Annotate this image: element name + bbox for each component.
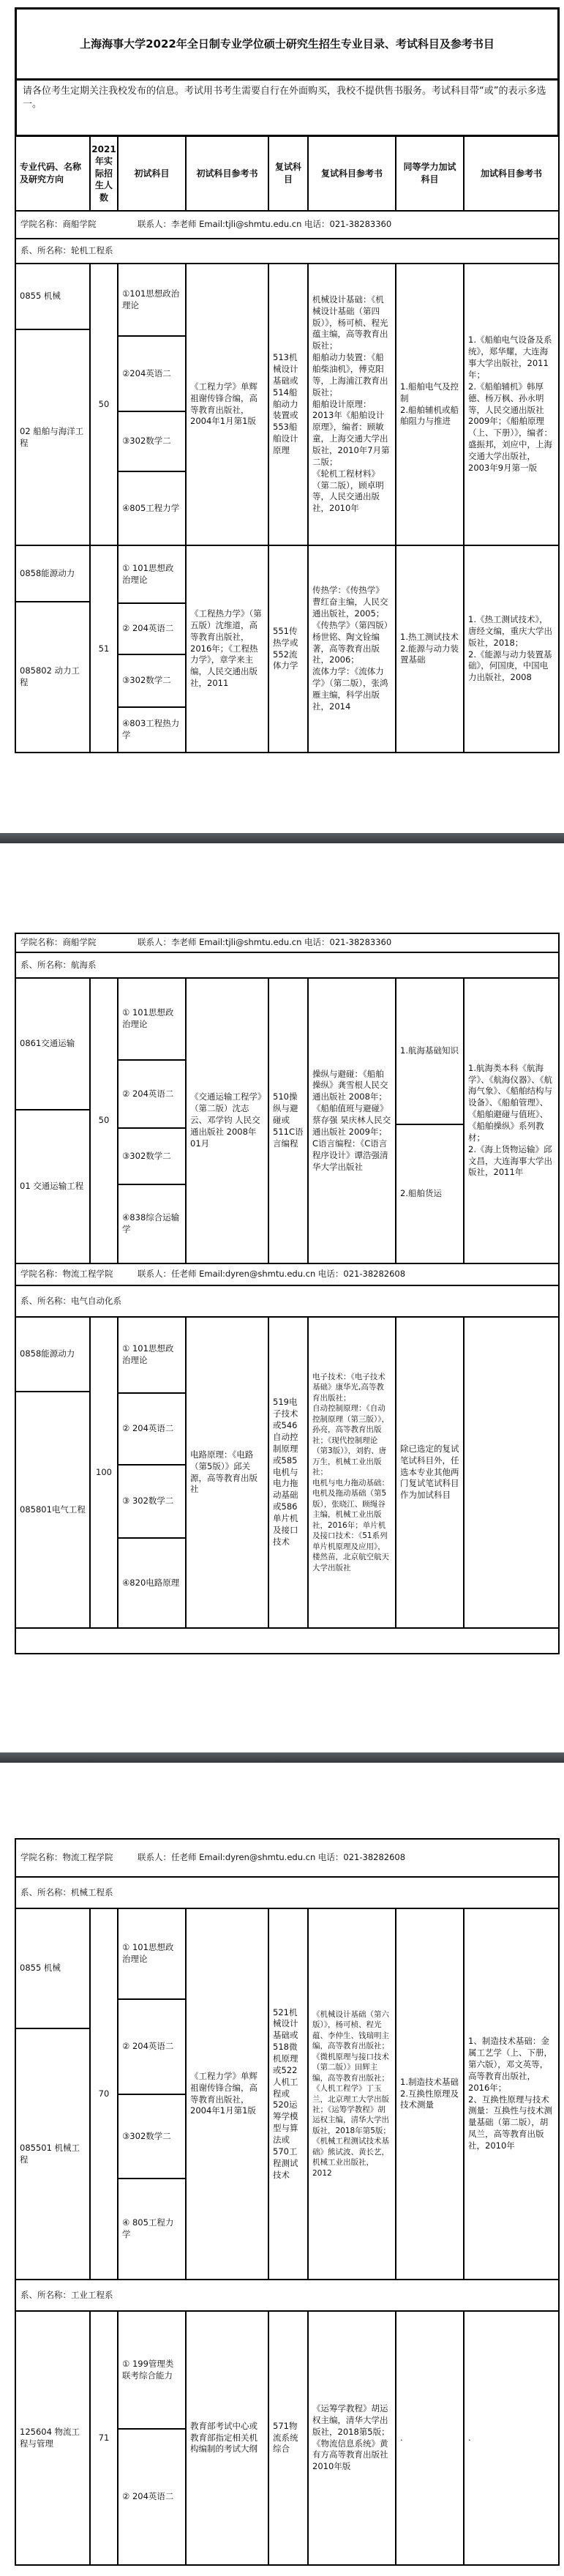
- initial-subject-cell: ② 204英语二: [119, 602, 185, 654]
- table-row: 0858能源动力 085802 动力工程 51 ① 101思想政治理论 ② 20…: [16, 545, 558, 752]
- college-name: 学院名称：物流工程学院: [20, 1852, 138, 1864]
- college-name: 学院名称：商船学院: [20, 219, 138, 231]
- major-code-cell: 0858能源动力: [16, 546, 89, 601]
- college-contact: 联系人：李老师 Email:tjli@shmtu.edu.cn 电话：021-3…: [138, 219, 391, 231]
- initial-subject-cell: ① 101思想政治理论: [119, 979, 185, 1059]
- initial-subject-cell: ③ 302数学二: [119, 1464, 185, 1537]
- makeup-subject-cell: .: [395, 2312, 463, 2564]
- initial-subject-cell: ④ 805工程力学: [119, 2178, 185, 2279]
- research-direction-cell: 02 船舶与海洋工程: [16, 329, 89, 545]
- major-code-cell: 0861交通运输: [16, 979, 89, 1109]
- makeup-subject-cell: 1.制造技术基础 2.互换性原理及技术测量: [395, 1909, 463, 2279]
- empty-row: [16, 1627, 558, 1653]
- makeup-ref-cell: [463, 1318, 558, 1627]
- document-title: 上海海事大学2022年全日制专业学位硕士研究生招生专业目录、考试科目及参考书目: [15, 7, 560, 81]
- college-row: 学院名称：物流工程学院 联系人：任老师 Email:dyren@shmtu.ed…: [16, 1263, 558, 1285]
- initial-ref-cell: 《交通运输工程学》（第二版）沈志云、邓学钧 人民交通出版社 2008年01月: [185, 979, 268, 1263]
- retest-subject-cell: 513机械设计基础或514船舶动力装置或553船舶设计原理: [268, 264, 307, 545]
- college-contact: 联系人：任老师 Email:dyren@shmtu.edu.cn 电话：021-…: [138, 1269, 405, 1280]
- research-direction-cell: 085802 动力工程: [16, 601, 89, 752]
- retest-ref-cell: 机械设计基础：《机械设计基础（第四版）》，杨可桢、程光蕴主编，高等教育出版社； …: [307, 264, 395, 545]
- makeup-ref-cell: 1、制造技术基础：金属工艺学（上、下册，第六版），邓文英等，高等教育出版社，20…: [463, 1909, 558, 2279]
- dept-row: 系、所名称：工业工程系: [16, 2279, 558, 2310]
- table-row: 125604 物流工程与管理 71 ① 199管理类联考综合能力 ② 204英语…: [16, 2310, 558, 2564]
- dept-name: 系、所名称：航海系: [16, 953, 558, 977]
- retest-ref-cell: 电子技术：《电子技术基础》康华光,高等教育出版社； 自动控制原理：《自动控制原理…: [307, 1318, 395, 1627]
- page-3: 学院名称：物流工程学院 联系人：任老师 Email:dyren@shmtu.ed…: [0, 1763, 564, 2576]
- dept-name: 系、所名称：电气自动化系: [16, 1286, 558, 1316]
- makeup-subject-cell: 除已选定的复试笔试科目外，任选本专业其他两门复试笔试科目作为加试科目: [395, 1318, 463, 1627]
- makeup-ref-cell: .: [463, 2312, 558, 2564]
- initial-subject-cell: ② 204英语二: [119, 1059, 185, 1127]
- page-1: 上海海事大学2022年全日制专业学位硕士研究生招生专业目录、考试科目及参考书目 …: [0, 0, 564, 833]
- college-contact: 联系人：任老师 Email:dyren@shmtu.edu.cn 电话：021-…: [138, 1852, 405, 1864]
- initial-subject-cell: ① 199管理类联考综合能力: [119, 2312, 185, 2428]
- initial-subject-cell: ④803工程热力学: [119, 706, 185, 752]
- header-initial-refs-col: 初试科目参考书: [185, 137, 268, 210]
- table-header-row: 专业代码、名称及研究方向 2021年实际招生人数 初试科目 初试科目参考书 复试…: [16, 137, 558, 210]
- dept-row: 系、所名称：电气自动化系: [16, 1285, 558, 1316]
- document-canvas: 上海海事大学2022年全日制专业学位硕士研究生招生专业目录、考试科目及参考书目 …: [0, 0, 564, 2576]
- table-page1: 专业代码、名称及研究方向 2021年实际招生人数 初试科目 初试科目参考书 复试…: [15, 137, 560, 753]
- initial-subject-cell: ② 204英语二: [119, 1392, 185, 1464]
- initial-ref-cell: 教育部考试中心或教育部指定相关机构编制的考试大纲: [185, 2312, 268, 2564]
- makeup-subject-cell: 1.航海基础知识: [396, 979, 463, 1124]
- college-row: 学院名称：物流工程学院 联系人：任老师 Email:dyren@shmtu.ed…: [16, 1840, 558, 1876]
- header-major-col: 专业代码、名称及研究方向: [16, 137, 89, 210]
- dept-row: 系、所名称：机械工程系: [16, 1876, 558, 1908]
- college-row: 学院名称：商船学院 联系人：李老师 Email:tjli@shmtu.edu.c…: [16, 210, 558, 238]
- initial-subject-cell: ② 204英语二: [119, 2428, 185, 2564]
- enrollment-cell: 70: [89, 1909, 117, 2279]
- header-retest-subjects-col: 复试科目: [268, 137, 307, 210]
- initial-subject-cell: ④805工程力学: [119, 471, 185, 545]
- dept-name: 系、所名称：轮机工程系: [16, 239, 558, 263]
- major-code-cell: 125604 物流工程与管理: [16, 2312, 89, 2564]
- page-separator: [0, 1752, 564, 1763]
- research-direction-cell: 01 交通运输工程: [16, 1109, 89, 1263]
- table-row: 0855 机械 085501 机械工程 70 ① 101思想政治理论 ② 204…: [16, 1908, 558, 2279]
- makeup-ref-cell: 1.《热工测试技术》，唐经文编，重庆大学出版社，2018； 2.《能源与动力装置…: [463, 546, 558, 752]
- college-name: 学院名称：商船学院: [20, 937, 138, 949]
- retest-ref-cell: 操纵与避碰：《船舶操纵》龚雪根人民交通出版社 2008年；《船舶值班与避碰》蔡存…: [307, 979, 395, 1263]
- header-makeup-subjects-col: 同等学力加试科目: [395, 137, 463, 210]
- initial-ref-cell: 《工程力学》单辉祖谢传锋合编，高等教育出版社，2004年1月第1版: [185, 1909, 268, 2279]
- table-page3: 学院名称：物流工程学院 联系人：任老师 Email:dyren@shmtu.ed…: [15, 1838, 560, 2566]
- initial-ref-cell: 电路原理：《电路（第5版）》邱关源，高等教育出版社: [185, 1318, 268, 1627]
- header-makeup-refs-col: 加试科目参考书: [463, 137, 558, 210]
- table-row: 0861交通运输 01 交通运输工程 50 ① 101思想政治理论 ② 204英…: [16, 977, 558, 1263]
- makeup-subject-cell: 1.热工测试技术2.能源与动力装置基础: [395, 546, 463, 752]
- initial-subject-cell: ① 101思想政治理论: [119, 1318, 185, 1392]
- college-contact: 联系人：李老师 Email:tjli@shmtu.edu.cn 电话：021-3…: [138, 937, 391, 949]
- retest-subject-cell: 521机械设计基础或518微机原理或522人机工程或520运筹学模型与算法或57…: [268, 1909, 307, 2279]
- major-code-cell: 0858能源动力: [16, 1318, 89, 1391]
- college-name: 学院名称：物流工程学院: [20, 1269, 138, 1280]
- enrollment-cell: 50: [89, 264, 117, 545]
- page-separator: [0, 833, 564, 843]
- retest-subject-cell: 551传热学或552流体力学: [268, 546, 307, 752]
- dept-name: 系、所名称：机械工程系: [16, 1878, 558, 1908]
- initial-subject-cell: ③302数学二: [119, 411, 185, 471]
- dept-row: 系、所名称：轮机工程系: [16, 238, 558, 263]
- research-direction-cell: 085801电气工程: [16, 1391, 89, 1627]
- initial-subject-cell: ②204英语二: [119, 335, 185, 411]
- initial-subject-cell: ③302数学二: [119, 2094, 185, 2178]
- page-2: 学院名称：商船学院 联系人：李老师 Email:tjli@shmtu.edu.c…: [0, 843, 564, 1752]
- initial-ref-cell: 《工程热力学》（第五版）沈维道，高等教育出版社，2016年；《工程热力学》，章学…: [185, 546, 268, 752]
- notice-text: 请各位考生定期关注我校发布的信息。考试用书考生需要自行在外面购买，我校不提供售书…: [15, 81, 560, 137]
- research-direction-cell: 085501 机械工程: [16, 2028, 89, 2279]
- major-code-cell: 0855 机械: [16, 264, 89, 329]
- retest-subject-cell: 519电子技术或546自动控制原理或585电机与电力拖动基础或586单片机及接口…: [268, 1318, 307, 1627]
- enrollment-cell: 100: [89, 1318, 117, 1627]
- dept-name: 系、所名称：工业工程系: [16, 2280, 558, 2310]
- header-initial-subjects-col: 初试科目: [117, 137, 185, 210]
- initial-subject-cell: ① 101思想政治理论: [119, 546, 185, 602]
- initial-ref-cell: 《工程力学》单辉祖谢传锋合编，高等教育出版社，2004年1月第1版: [185, 264, 268, 545]
- enrollment-cell: 71: [89, 2312, 117, 2564]
- header-enroll-col: 2021年实际招生人数: [89, 137, 117, 210]
- retest-subject-cell: 571物流系统综合: [268, 2312, 307, 2564]
- enrollment-cell: 50: [89, 979, 117, 1263]
- makeup-subject-cell: 2.船舶货运: [396, 1124, 463, 1263]
- dept-row: 系、所名称：航海系: [16, 952, 558, 977]
- college-row: 学院名称：商船学院 联系人：李老师 Email:tjli@shmtu.edu.c…: [16, 934, 558, 952]
- retest-ref-cell: 《机械设计基础（第六版）》，杨可桢、程光蕴、李仲生、钱瑞明主编，高等教育出版社；…: [307, 1909, 395, 2279]
- major-code-cell: 0855 机械: [16, 1909, 89, 2028]
- initial-subject-cell: ④820电路原理: [119, 1537, 185, 1627]
- table-row: 0855 机械 02 船舶与海洋工程 50 ①101思想政治理论 ②204英语二…: [16, 263, 558, 545]
- initial-subject-cell: ① 101思想政治理论: [119, 1909, 185, 1998]
- initial-subject-cell: ③302数学二: [119, 654, 185, 706]
- initial-subject-cell: ①101思想政治理论: [119, 264, 185, 335]
- retest-ref-cell: 传热学：《传热学》曹红奋主编，人民交通出版社，2005；《传热学》（第四版）杨世…: [307, 546, 395, 752]
- table-page2: 学院名称：商船学院 联系人：李老师 Email:tjli@shmtu.edu.c…: [15, 933, 560, 1654]
- enrollment-cell: 51: [89, 546, 117, 752]
- makeup-ref-cell: 1.航海类本科《航海学》、《航海仪器》、《航海气象》、《船舶结构与设备》、《船舶…: [463, 979, 558, 1263]
- retest-ref-cell: 《运筹学教程》胡运权主编，清华大学出版社，2018第5版；《物流信息系统》黄有方…: [307, 2312, 395, 2564]
- initial-subject-cell: ② 204英语二: [119, 1998, 185, 2094]
- initial-subject-cell: ④838综合运输学: [119, 1184, 185, 1263]
- header-retest-refs-col: 复试科目参考书: [307, 137, 395, 210]
- table-row: 0858能源动力 085801电气工程 100 ① 101思想政治理论 ② 20…: [16, 1316, 558, 1627]
- retest-subject-cell: 510操纵与避碰或511C语言编程: [268, 979, 307, 1263]
- initial-subject-cell: ③302数学二: [119, 1127, 185, 1184]
- makeup-subject-cell: 1.船舶电气及控制 2.船舶辅机或船舶阻力与推进: [395, 264, 463, 545]
- makeup-ref-cell: 1.《船舶电气设备及系统》，郑华耀，大连海事大学出版社，2011年； 2.《船舶…: [463, 264, 558, 545]
